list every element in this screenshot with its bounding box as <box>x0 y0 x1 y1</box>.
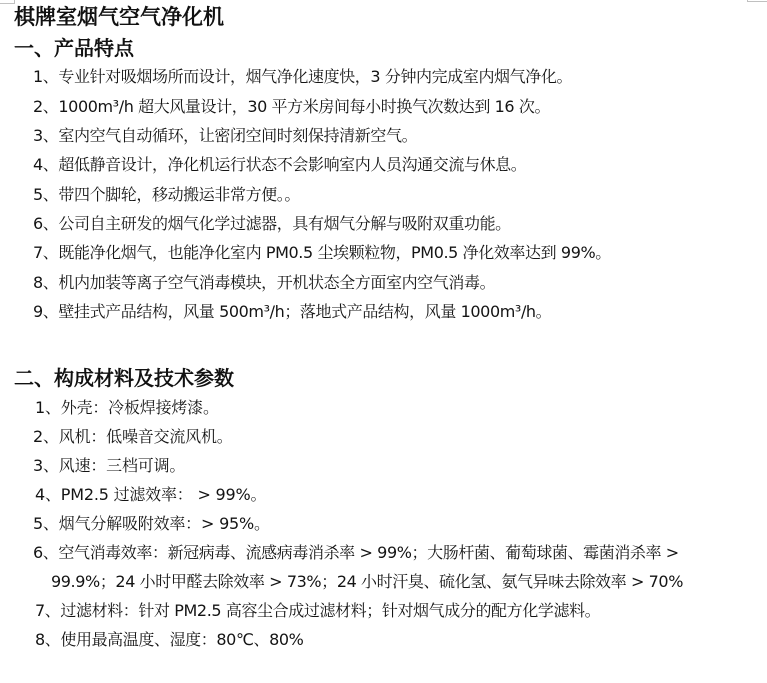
list-item-continuation: 99.9%；24 小时甲醛去除效率 > 73%；24 小时汗臭、硫化氢、氨气异味… <box>51 571 683 593</box>
list-item: 3、室内空气自动循环，让密闭空间时刻保持清新空气。 <box>33 125 417 147</box>
list-item: 7、既能净化烟气，也能净化室内 PM0.5 尘埃颗粒物，PM0.5 净化效率达到… <box>33 242 611 264</box>
list-item: 4、PM2.5 过滤效率： > 99%。 <box>35 484 266 506</box>
page-corner-mark-top-left <box>0 0 15 4</box>
list-item: 6、公司自主研发的烟气化学过滤器，具有烟气分解与吸附双重功能。 <box>33 213 511 235</box>
list-item: 3、风速：三档可调。 <box>33 455 185 477</box>
list-item: 2、风机：低噪音交流风机。 <box>33 426 233 448</box>
section-heading-features: 一、产品特点 <box>14 35 134 61</box>
list-item: 8、使用最高温度、湿度：80℃、80% <box>35 629 303 651</box>
list-item: 5、带四个脚轮，移动搬运非常方便。。 <box>33 184 300 206</box>
list-item: 6、空气消毒效率：新冠病毒、流感病毒消杀率 > 99%；大肠杆菌、葡萄球菌、霉菌… <box>33 542 679 564</box>
list-item: 8、机内加装等离子空气消毒模块，开机状态全方面室内空气消毒。 <box>33 272 495 294</box>
list-item: 4、超低静音设计，净化机运行状态不会影响室内人员沟通交流与休息。 <box>33 154 526 176</box>
section-heading-materials-specs: 二、构成材料及技术参数 <box>14 365 234 391</box>
list-item: 9、壁挂式产品结构，风量 500m³/h；落地式产品结构，风量 1000m³/h… <box>33 301 551 323</box>
document-title: 棋牌室烟气空气净化机 <box>14 4 224 30</box>
page-corner-mark-top-right <box>747 0 767 2</box>
list-item: 2、1000m³/h 超大风量设计，30 平方米房间每小时换气次数达到 16 次… <box>33 96 550 118</box>
list-item: 5、烟气分解吸附效率：> 95%。 <box>33 513 270 535</box>
list-item: 7、过滤材料：针对 PM2.5 高容尘合成过滤材料；针对烟气成分的配方化学滤料。 <box>35 600 600 622</box>
list-item: 1、专业针对吸烟场所而设计，烟气净化速度快，3 分钟内完成室内烟气净化。 <box>33 66 572 88</box>
list-item: 1、外壳：冷板焊接烤漆。 <box>35 397 219 419</box>
